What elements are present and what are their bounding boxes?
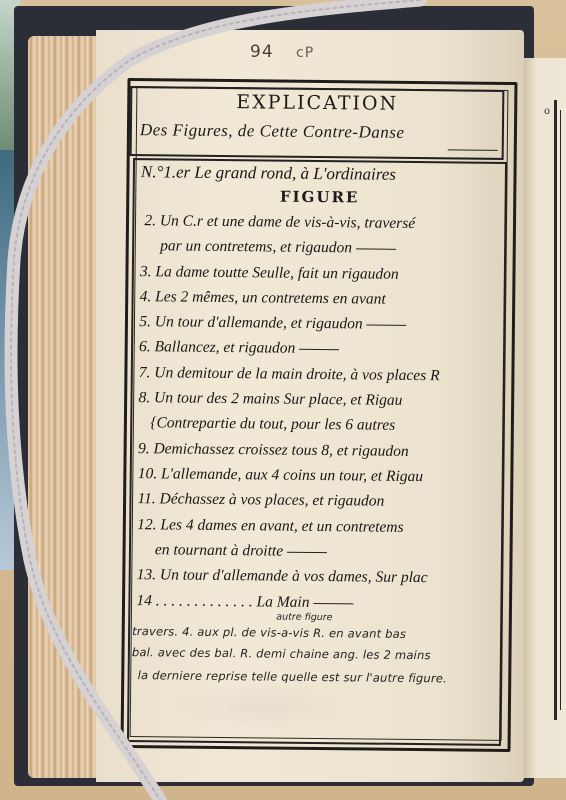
figure-line-9: 9. Demichassez croissez tous 8, et rigau… <box>138 440 409 461</box>
line-rule <box>367 324 407 325</box>
page-subtitle: Des Figures, de Cette Contre-Danse <box>140 120 405 143</box>
handwritten-insert: autre figure <box>276 612 332 624</box>
figure-line-11: 11. Déchassez à vos places, et rigaudon <box>137 490 384 511</box>
figure-line-2-cont: par un contretems, et rigaudon <box>160 237 396 257</box>
figure-line-4: 4. Les 2 mêmes, un contretems en avant <box>140 288 386 309</box>
title-rule <box>448 149 498 151</box>
facing-page-frame-inner <box>560 110 566 710</box>
handwritten-note-2: bal. avec des bal. R. demi chaine ang. l… <box>132 645 431 662</box>
figure-heading: FIGURE <box>135 186 505 208</box>
pencil-annotation: 94 cP <box>250 42 314 62</box>
figure-line-8: 8. Un tour des 2 mains Sur place, et Rig… <box>138 389 402 410</box>
line-rule <box>299 349 339 350</box>
pencil-smudge <box>159 680 360 732</box>
pencil-mark: cP <box>296 45 314 61</box>
counterpart-line: {Contrepartie du tout, pour les 6 autres <box>150 414 395 435</box>
first-figure-line: N.°1.er Le grand rond, à L'ordinaires <box>141 162 396 185</box>
figure-line-6: 6. Ballancez, et rigaudon <box>139 338 339 358</box>
line-rule <box>287 552 327 553</box>
content-box: N.°1.er Le grand rond, à L'ordinaires FI… <box>127 158 507 746</box>
figure-line-7: 7. Un demitour de la main droite, à vos … <box>139 364 440 385</box>
figure-line-10: 10. L'allemande, aux 4 coins un tour, et… <box>138 465 423 486</box>
figure-line-13: 13. Un tour d'allemande à vos dames, Sur… <box>137 566 428 587</box>
title-box: EXPLICATION Des Figures, de Cette Contre… <box>130 86 505 160</box>
figure-line-5: 5. Un tour d'allemande, et rigaudon <box>139 313 406 334</box>
line-rule <box>356 248 396 249</box>
line-rule <box>314 603 354 604</box>
figure-line-2: 2. Un C.r et une dame de vis-à-vis, trav… <box>144 212 415 233</box>
handwritten-note-1: travers. 4. aux pl. de vis-a-vis R. en a… <box>132 624 406 641</box>
figure-line-12-cont: en tournant à droitte <box>155 541 327 561</box>
page-edges <box>28 36 100 778</box>
pencil-number: 94 <box>250 42 274 62</box>
figure-line-14: 14 . . . . . . . . . . . . . La Main <box>136 592 353 612</box>
figure-line-3: 3. La dame toutte Seulle, fait un rigaud… <box>140 263 399 284</box>
page-title: EXPLICATION <box>132 90 502 116</box>
facing-page-mark: o <box>544 106 550 117</box>
figure-line-12: 12. Les 4 dames en avant, et un contrete… <box>137 516 404 537</box>
facing-page: o <box>524 58 566 778</box>
